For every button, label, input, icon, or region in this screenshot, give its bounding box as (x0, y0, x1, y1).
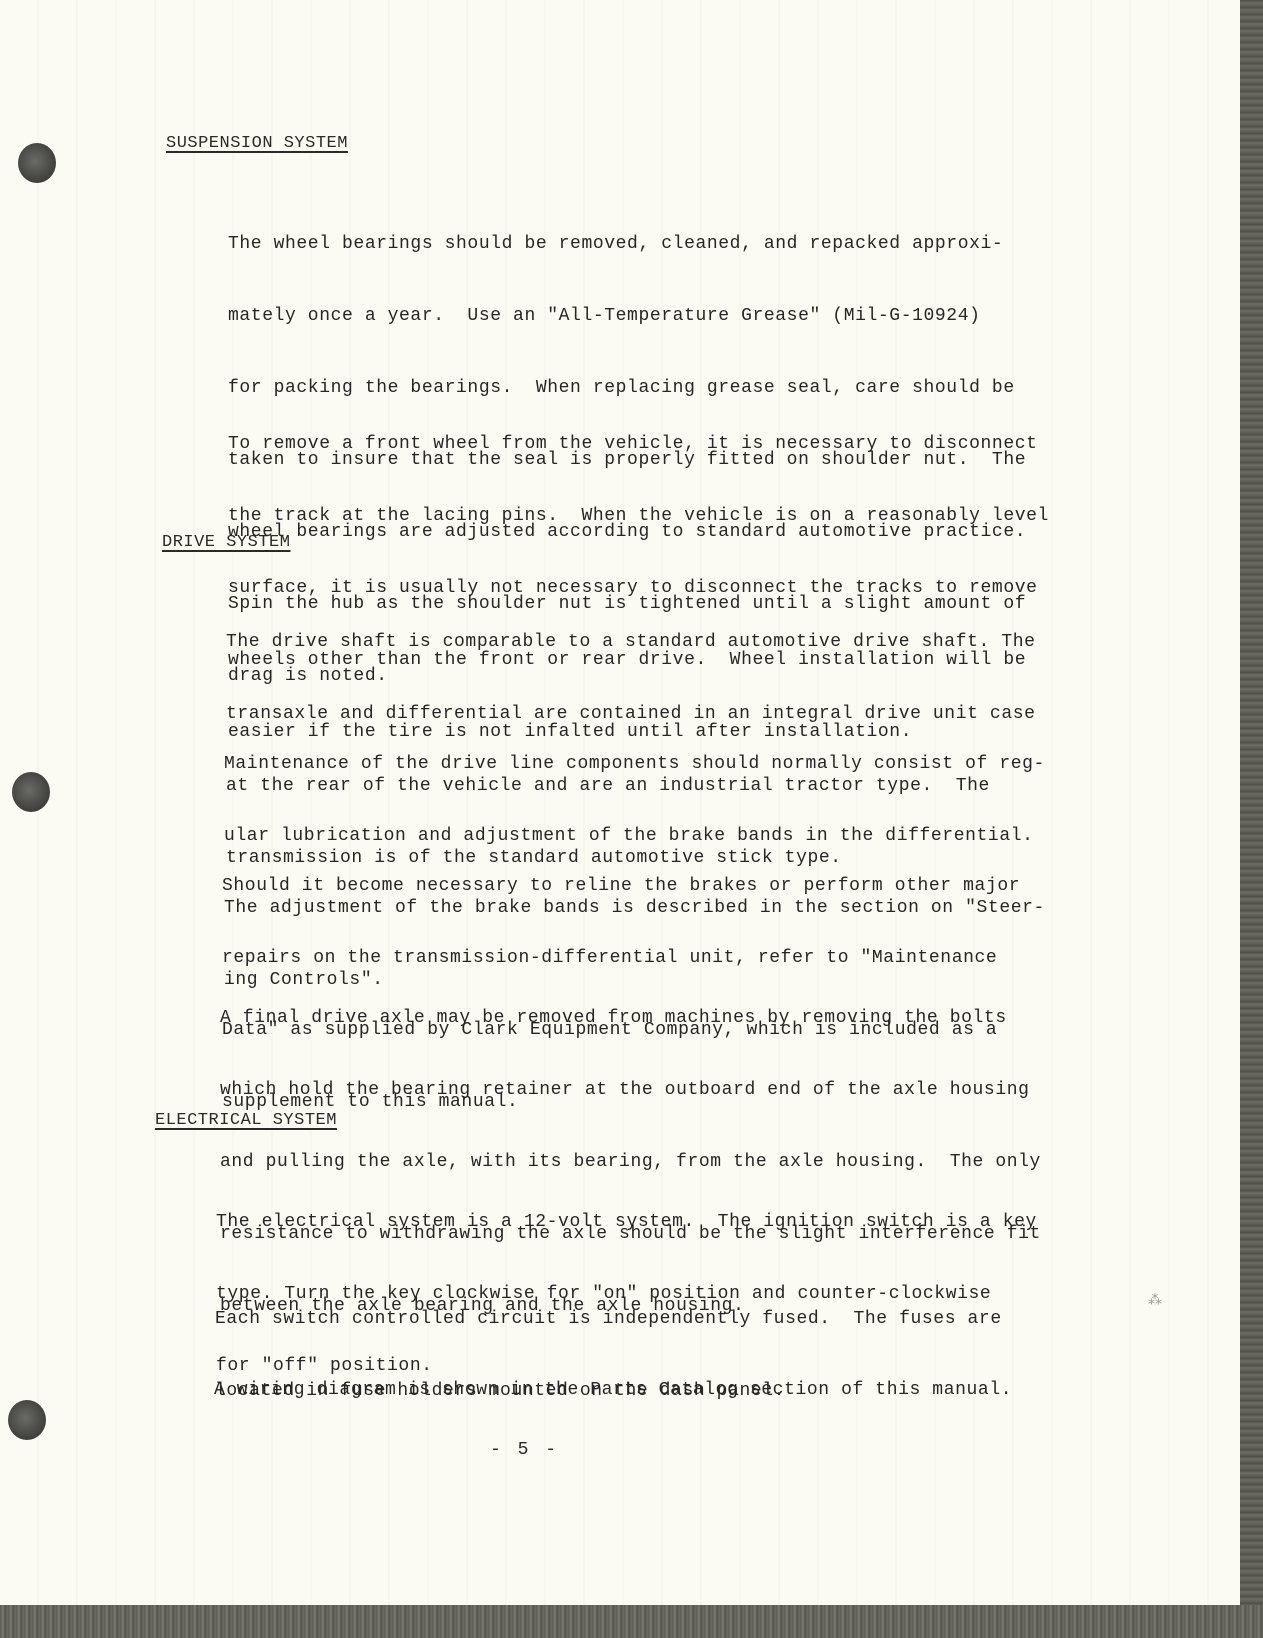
scan-smudge: ⁂ (1148, 1292, 1162, 1309)
text-line: A wiring diagram is shown in the Parts C… (214, 1378, 1012, 1402)
text-line: Should it become necessary to reline the… (222, 874, 1020, 898)
paragraph-electrical-3: A wiring diagram is shown in the Parts C… (214, 1330, 1012, 1450)
text-line: To remove a front wheel from the vehicle… (228, 432, 1049, 456)
scan-edge-bottom (0, 1605, 1263, 1638)
page-number: - 5 - (490, 1440, 559, 1460)
text-line: A final drive axle may be removed from m… (220, 1006, 1041, 1030)
text-line: mately once a year. Use an "All-Temperat… (228, 304, 1026, 328)
text-line: The wheel bearings should be removed, cl… (228, 232, 1026, 256)
text-line: which hold the bearing retainer at the o… (220, 1078, 1041, 1102)
section-heading-suspension: SUSPENSION SYSTEM (166, 134, 348, 153)
text-line: Maintenance of the drive line components… (224, 752, 1045, 776)
text-line: the track at the lacing pins. When the v… (228, 504, 1049, 528)
text-line: The drive shaft is comparable to a stand… (226, 630, 1036, 654)
punch-hole-bottom (8, 1400, 46, 1440)
section-heading-drive: DRIVE SYSTEM (162, 533, 290, 552)
scan-edge-right (1240, 0, 1263, 1638)
text-line: The electrical system is a 12-volt syste… (216, 1210, 1037, 1234)
punch-hole-top (18, 143, 56, 183)
text-line: Each switch controlled circuit is indepe… (215, 1307, 1002, 1331)
section-heading-electrical: ELECTRICAL SYSTEM (155, 1111, 337, 1130)
document-page: SUSPENSION SYSTEM The wheel bearings sho… (0, 0, 1240, 1605)
punch-hole-middle (12, 772, 50, 812)
